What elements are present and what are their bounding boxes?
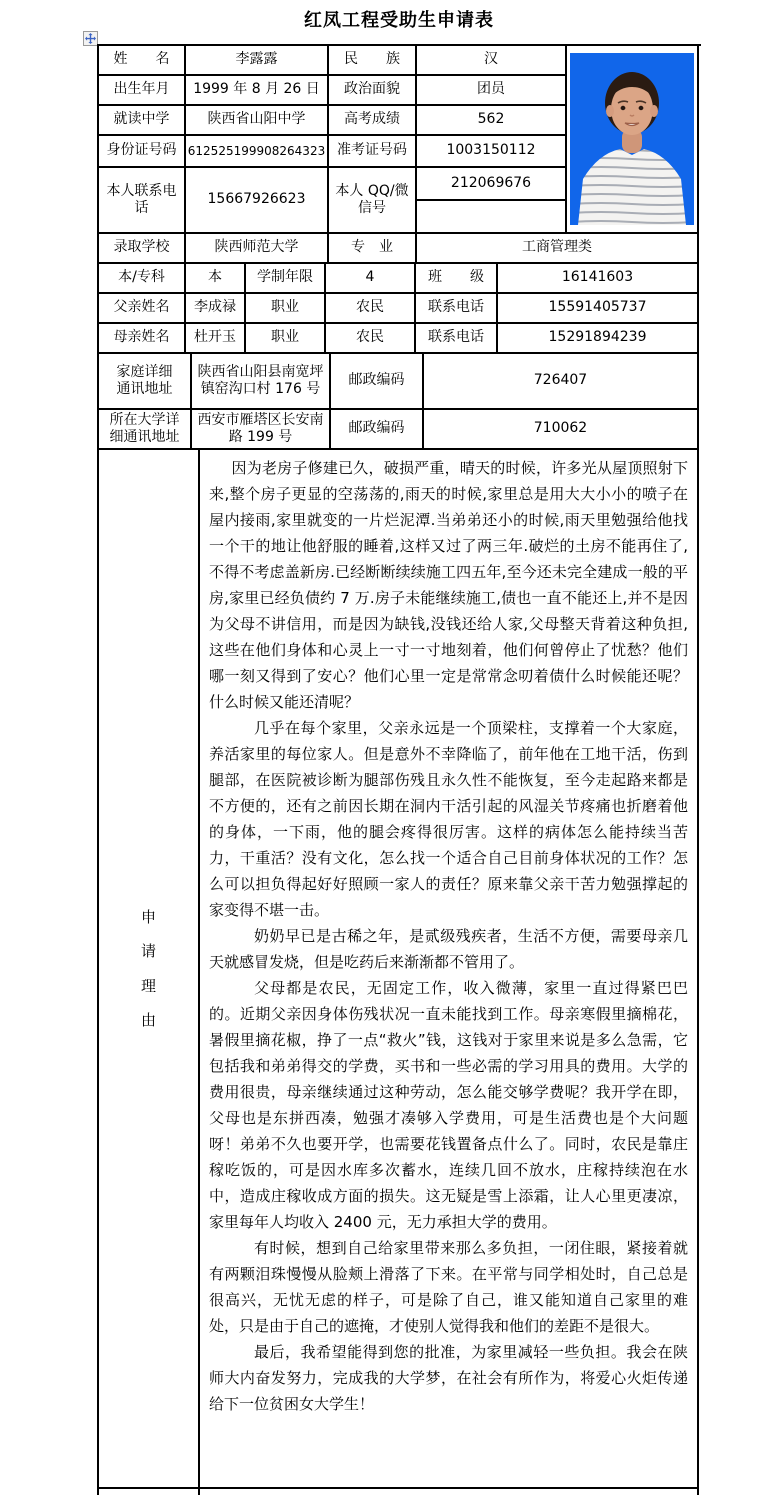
table-row: 母亲姓名 杜开玉 职业 农民 联系电话 15291894239 — [99, 324, 701, 354]
reason-paragraph: 父母都是农民，无固定工作，收入微薄，家里一直过得紧巴巴的。近期父亲因身体伤残状况… — [209, 975, 688, 1235]
table-row: 就读中学 陕西省山阳中学 高考成绩 562 — [99, 106, 567, 136]
mother-label: 母亲姓名 — [99, 324, 186, 354]
gaokao-label: 高考成绩 — [329, 106, 417, 136]
applicant-id-photo — [570, 53, 694, 225]
exam-number-value: 1003150112 — [417, 136, 567, 168]
reason-paragraph: 因为老房子修建已久，破损严重，晴天的时候，许多光从屋顶照射下来,整个房子更显的空… — [209, 455, 688, 715]
section-personal: 姓 名 李露露 民 族 汉 出生年月 1999 年 8 月 26 日 政治面貌 … — [99, 46, 701, 234]
reason-text: 因为老房子修建已久，破损严重，晴天的时候，许多光从屋顶照射下来,整个房子更显的空… — [200, 450, 699, 1489]
table-row: 录取学校 陕西师范大学 专 业 工商管理类 — [99, 234, 701, 264]
mother-tel-label: 联系电话 — [416, 324, 498, 354]
birth-value: 1999 年 8 月 26 日 — [186, 76, 329, 106]
table-row: 出生年月 1999 年 8 月 26 日 政治面貌 团员 — [99, 76, 567, 106]
degree-label: 本/专科 — [99, 264, 186, 294]
phone-label: 本人联系电话 — [99, 168, 186, 234]
qq-value-empty — [417, 201, 565, 232]
exam-number-label: 准考证号码 — [329, 136, 417, 168]
table-row: 所在大学详细通讯地址 西安市雁塔区长安南路 199 号 邮政编码 710062 — [99, 410, 701, 450]
table-row: 家庭详细通讯地址 陕西省山阳县南宽坪镇窑沟口村 176 号 邮政编码 72640… — [99, 354, 701, 410]
reason-paragraph: 最后，我希望能得到您的批准，为家里减轻一些负担。我会在陕师大内奋发努力，完成我的… — [209, 1339, 688, 1417]
major-value: 工商管理类 — [417, 234, 699, 264]
table-row: 本/专科 本 学制年限 4 班 级 16141603 — [99, 264, 701, 294]
college-value: 陕西师范大学 — [186, 234, 329, 264]
mother-job-label: 职业 — [246, 324, 326, 354]
univ-zip-value: 710062 — [424, 410, 699, 450]
home-addr-value: 陕西省山阳县南宽坪镇窑沟口村 176 号 — [192, 354, 331, 410]
years-value: 4 — [326, 264, 416, 294]
reason-paragraph: 几乎在每个家里，父亲永远是一个顶梁柱，支撑着一个大家庭，养活家里的每位家人。但是… — [209, 715, 688, 923]
table-move-handle[interactable] — [83, 31, 98, 46]
father-label: 父亲姓名 — [99, 294, 186, 324]
mother-name: 杜开玉 — [186, 324, 246, 354]
reason-paragraph: 有时候，想到自己给家里带来那么多负担，一闭住眼，紧接着就有两颗泪珠慢慢从脸颊上滑… — [209, 1235, 688, 1339]
politics-value: 团员 — [417, 76, 567, 106]
table-row: 姓 名 李露露 民 族 汉 — [99, 46, 567, 76]
name-label: 姓 名 — [99, 46, 186, 76]
reason-row: 申请理由 因为老房子修建已久，破损严重，晴天的时候，许多光从屋顶照射下来,整个房… — [99, 450, 701, 1489]
name-value: 李露露 — [186, 46, 329, 76]
table-move-cross-icon — [85, 33, 96, 44]
next-row-stub — [99, 1489, 701, 1495]
major-label: 专 业 — [329, 234, 417, 264]
class-value: 16141603 — [498, 264, 699, 294]
father-job: 农民 — [326, 294, 416, 324]
mother-tel: 15291894239 — [498, 324, 699, 354]
home-zip-value: 726407 — [424, 354, 699, 410]
univ-addr-value: 西安市雁塔区长安南路 199 号 — [192, 410, 331, 450]
id-number-value: 612525199908264323 — [186, 136, 329, 168]
qq-label: 本人 QQ/微信号 — [329, 168, 417, 234]
years-label: 学制年限 — [246, 264, 326, 294]
phone-value: 15667926623 — [186, 168, 329, 234]
application-form-table: 姓 名 李露露 民 族 汉 出生年月 1999 年 8 月 26 日 政治面貌 … — [97, 44, 701, 1495]
degree-value: 本 — [186, 264, 246, 294]
univ-addr-label: 所在大学详细通讯地址 — [99, 410, 192, 450]
father-name: 李成禄 — [186, 294, 246, 324]
reason-paragraph: 奶奶早已是古稀之年，是贰级残疾者，生活不方便，需要母亲几天就感冒发烧，但是吃药后… — [209, 923, 688, 975]
gaokao-value: 562 — [417, 106, 567, 136]
class-label: 班 级 — [416, 264, 498, 294]
highschool-label: 就读中学 — [99, 106, 186, 136]
qq-value: 212069676 — [417, 168, 565, 201]
father-tel: 15591405737 — [498, 294, 699, 324]
home-zip-label: 邮政编码 — [331, 354, 424, 410]
home-addr-label: 家庭详细通讯地址 — [99, 354, 192, 410]
table-row: 身份证号码 612525199908264323 准考证号码 100315011… — [99, 136, 567, 168]
politics-label: 政治面貌 — [329, 76, 417, 106]
mother-job: 农民 — [326, 324, 416, 354]
highschool-value: 陕西省山阳中学 — [186, 106, 329, 136]
page-title: 红凤工程受助生申请表 — [97, 6, 701, 32]
father-tel-label: 联系电话 — [416, 294, 498, 324]
reason-label: 申请理由 — [99, 450, 200, 1489]
father-job-label: 职业 — [246, 294, 326, 324]
table-row: 父亲姓名 李成禄 职业 农民 联系电话 15591405737 — [99, 294, 701, 324]
college-label: 录取学校 — [99, 234, 186, 264]
univ-zip-label: 邮政编码 — [331, 410, 424, 450]
birth-label: 出生年月 — [99, 76, 186, 106]
photo-cell — [567, 46, 699, 234]
id-number-label: 身份证号码 — [99, 136, 186, 168]
ethnic-value: 汉 — [417, 46, 567, 76]
ethnic-label: 民 族 — [329, 46, 417, 76]
table-row: 本人联系电话 15667926623 本人 QQ/微信号 212069676 — [99, 168, 567, 234]
